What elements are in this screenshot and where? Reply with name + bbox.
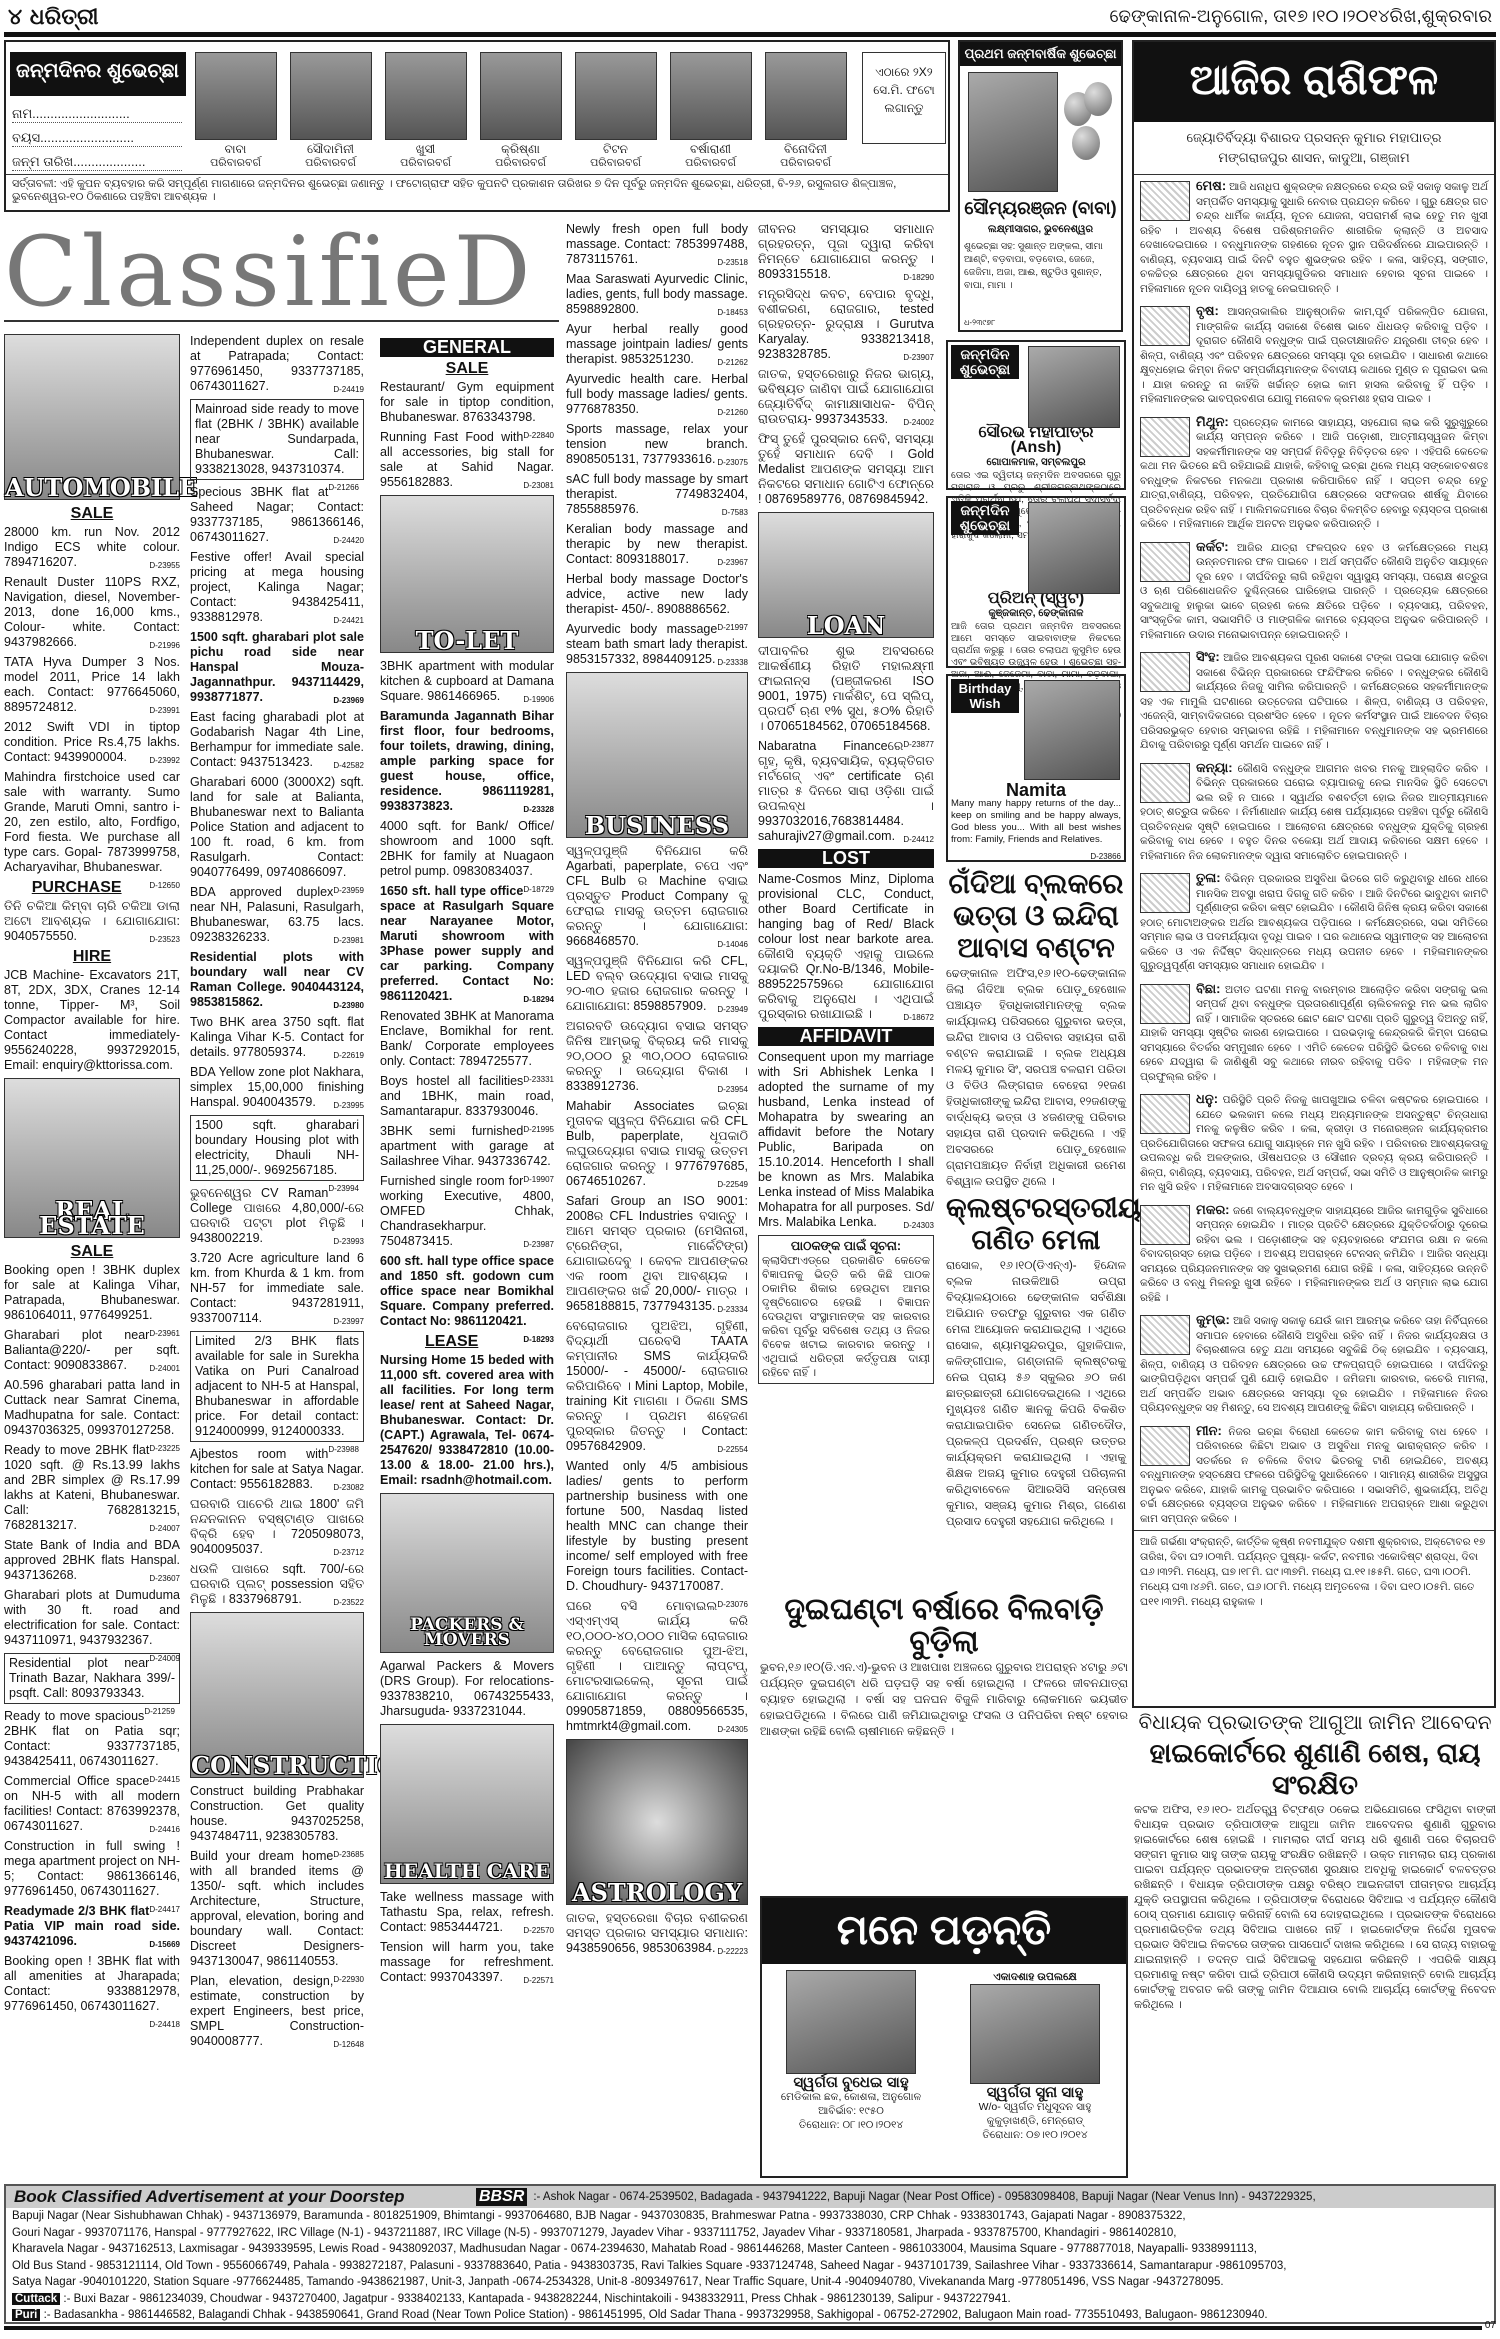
kid-card: ଟିଟନପରିବାରବର୍ଗ	[572, 52, 659, 170]
section-heading: SALE	[4, 506, 180, 521]
classified-ad: ଜାତକ, ହସ୍ତରେଖା ବିଚାର ବଶୀକରଣ ସମସ୍ତ ପ୍ରକାର…	[566, 1911, 748, 1956]
classified-ad: ଦୀପାବଳିର ଶୁଭ ଅବସରରେ ଆକର୍ଷଣୀୟ ରିହାତି ମହାଲ…	[758, 644, 934, 734]
classified-ad: Maa Saraswati Ayurvedic Clinic, ladies, …	[566, 272, 748, 317]
obituary-title: ମନେ ପଡ଼ନ୍ତି	[762, 1898, 1126, 1964]
libra-icon	[1140, 873, 1190, 913]
sign-kanya: କନ୍ୟା: କୌଣସି ବନ୍ଧୁଙ୍କ ଆଗମନ ଖବର ମନକୁ ଆହ୍ଲ…	[1134, 757, 1494, 868]
column-automobile-realestate: AUTOMOBILE SALE 28000 km. run Nov. 2012 …	[4, 334, 180, 2032]
sign-karkata: କର୍କଟ: ଆଜିର ଯାତ୍ରା ଫଳପ୍ରଦ ହେବ ଓ କର୍ମକ୍ଷେ…	[1134, 536, 1494, 647]
classified-ad: A0.596 gharabari patta land in Cuttack n…	[4, 1378, 180, 1438]
column-massage-business: Newly fresh open full body massage. Cont…	[566, 222, 748, 1961]
news-article: ଗଁଦିଆ ବ୍ଲକରେ ଭତ୍ତା ଓ ଇନ୍ଦିରା ଆବାସ ବଣ୍ଟନ …	[946, 868, 1126, 1530]
classified-ad: ସ୍ୱଳ୍ପପୁଞ୍ଜି ବିନିଯୋଗ କରି Agarbati, paper…	[566, 844, 748, 949]
obituary-left: ସ୍ୱର୍ଗତା ବୁଧେଇ ସାହୁ ମେଡିକାଲ ଛକ, କୋଶଳା, ଅ…	[766, 1970, 936, 2132]
aries-icon	[1140, 181, 1190, 221]
sign-bichha: ବିଛା: ଅତୀତ ଘଟଣା ମନକୁ ବାରମ୍ବାର ଆଲୋଡ଼ିତ କର…	[1134, 978, 1494, 1089]
kid-card: କ୍ରିଷ୍ଣାପରିବାରବର୍ଗ	[477, 52, 564, 170]
headline: କ୍ଲଷ୍ଟରସ୍ତରୀୟ ଗଣିତ ମେଳା	[946, 1192, 1126, 1256]
sign-vrusha: ବୃଷ: ଆସନ୍ତାକାଲିର ଆନୁଷ୍ଠାନିକ କାମ,ପୂର୍ବ ପର…	[1134, 300, 1494, 411]
classified-ad: Renovated 3BHK at Manorama Enclave, Bomi…	[380, 1009, 554, 1069]
agent-line: Kharavela Nagar - 9437162513, Laxmisagar…	[6, 2241, 1494, 2258]
kid-photo	[575, 52, 657, 140]
construction-image: CONSTRUCTION	[190, 1612, 364, 1778]
wishers: ଶୁଭେଚ୍ଛା ସହ: ସୁଶାନ୍ତ ଅଙ୍କଲ, ସୀମା ଆଣ୍ଟି, …	[964, 240, 1117, 292]
classified-ad: ଘରବାରି ପାଚେରି ଥାଇ 1800' ଜମି ନନ୍ଦନକାନନ ବସ…	[190, 1497, 364, 1557]
classified-ad: Tension will harm you, take massage for …	[380, 1940, 554, 1985]
classified-ad: State Bank of India and BDA approved 2BH…	[4, 1538, 180, 1583]
classified-ad: Name-Cosmos Minz, Diploma provisional CL…	[758, 872, 934, 1022]
classified-ad: ଅଗରବତି ଉଦ୍ୟୋଗ ବସାଇ ସମସ୍ତ ଜିନିଷ ଆମ୍ଭକୁ ବି…	[566, 1019, 748, 1094]
classified-ad: TATA Hyva Dumper 3 Nos. model 2011, Pric…	[4, 655, 180, 715]
column-realestate-construction: Independent duplex on resale at Patrapad…	[190, 334, 364, 2054]
capricorn-icon	[1140, 1205, 1190, 1245]
age-field: ବୟସ..........................	[12, 130, 182, 147]
kid-card: ବିନୋଦିନୀପରିବାରବର୍ଗ	[762, 52, 849, 170]
classified-ad: ଫିସ୍ ତୁହେଁ ପୁରସ୍କାର ନେବି, ସମସ୍ୟା ତୁହେଁ ସ…	[758, 432, 934, 507]
baby-photo	[968, 72, 1058, 192]
virgo-icon	[1140, 763, 1190, 803]
edition-date: ଢେଙ୍କାନାଳ-ଅନୁଗୋଳ, ତା୧୭।୧୦।୨୦୧୪ରିଖ,ଶୁକ୍ରବ…	[1110, 6, 1493, 27]
article-body: ଭୁବନ,୧୬।୧୦(ଡି.ଏନ.ଏ)-ଭୁବନ ଓ ଆଖପାଖ ଅଞ୍ଚଳରେ…	[760, 1660, 1128, 1740]
taurus-icon	[1140, 306, 1190, 346]
classified-ad: Ayurvedic health care. Herbal full body …	[566, 372, 748, 417]
birthday-wish-card: ଜନ୍ମଦିନ ଶୁଭେଚ୍ଛା ସୌରଭ ମହାପାତ୍ର (Ansh) ଗୋ…	[946, 340, 1126, 490]
sign-dhanu: ଧନୁ: ପରିସ୍ଥିତି ପ୍ରତି ନିଜକୁ ଖାପଖୁଆଇ ଚଳିବା…	[1134, 1088, 1494, 1199]
sign-tula: ତୁଳା: ବିଭିନ୍ନ ପ୍ରକାରର ଅସୁବିଧା ଭିତରେ ଗତି …	[1134, 867, 1494, 978]
child-photo	[1028, 502, 1120, 594]
sign-mesha: ମେଷ: ଆଜି ଧନାଧିପ ଶୁକ୍ରଙ୍କ ନକ୍ଷତ୍ରରେ ଚନ୍ଦ୍…	[1134, 175, 1494, 300]
real-estate-image: REAL ESTATE	[4, 1078, 180, 1238]
classified-ad: ଘରେ ବସି ମୋବାଇଲ ଏସ୍ଏମ୍ଏସ୍ କାର୍ଯ୍ୟ କରି ୧୦,…	[566, 1599, 748, 1734]
astrology-image: ASTROLOGY	[566, 1739, 748, 1905]
birthday-wish-card: Birthday Wish Namita Many many happy ret…	[946, 674, 1126, 862]
gemini-icon	[1140, 417, 1190, 457]
sign-makara: ମକର: ଜଣେ ବାଲ୍ୟବନ୍ଧୁଙ୍କ ସାହାଯ୍ୟରେ ଆଜିର କା…	[1134, 1199, 1494, 1310]
classified-ad: 3BHK apartment with modular kitchen & cu…	[380, 659, 554, 704]
classified-ad: BDA Yellow zone plot Nakhara, simplex 15…	[190, 1065, 364, 1110]
affidavit-banner: AFFIDAVIT	[758, 1027, 934, 1046]
classified-ad: Take wellness massage with Tathastu Spa,…	[380, 1890, 554, 1935]
classified-ad: 1650 sft. hall type office space at Rasu…	[380, 884, 554, 1004]
agent-line: Bapuji Nagar (Near Sishubhawan Chhak) - …	[6, 2208, 1494, 2225]
classified-ad: ମନ୍ତ୍ରସିଦ୍ଧ କବଚ, ବେପାର ବୃଦ୍ଧି, ବଶୀକରଣ, ର…	[758, 287, 934, 362]
packers-movers-image: PACKERS & MOVERS	[380, 1493, 554, 1653]
classified-ad: Consequent upon my marriage with Sri Abh…	[758, 1050, 934, 1230]
classified-ad: Nabaratna Financeରେ ଗୃହ, କୃଷି, ବ୍ୟବସାୟିକ…	[758, 739, 934, 844]
classified-ad: ସ୍ୱଳ୍ପପୁଞ୍ଜି ବିନିଯୋଗ କରି CFL, LED ବଲ୍ବ ଉ…	[566, 954, 748, 1014]
kid-photo	[670, 52, 752, 140]
booking-directory: Book Classified Advertisement at your Do…	[4, 2184, 1496, 2324]
sign-meena: ମୀନ: ନିଜର ଇଚ୍ଛା ବିରୋଧୀ କେତେକ କାମ କରିବାକୁ…	[1134, 1420, 1494, 1531]
lost-banner: LOST	[758, 849, 934, 868]
page-number: 07	[1485, 2320, 1496, 2331]
classified-ad: ଜାତକ, ହସ୍ତରେଖାରୁ ନିଜର ଭାଗ୍ୟ, ଭବିଷ୍ୟତ ଜାଣ…	[758, 367, 934, 427]
classified-ad: 3.720 Acre agriculture land 6 km. from K…	[190, 1251, 364, 1326]
agent-line: Gouri Nagar - 9937071176, Hanspal - 9777…	[6, 2225, 1494, 2242]
classified-ad: 600 sft. hall type office space and 1850…	[380, 1254, 554, 1329]
to-let-image: TO-LET	[380, 495, 554, 653]
page-label: ୪ ଧରିତ୍ରୀ	[8, 4, 99, 30]
classified-ad: Baramunda Jagannath Bihar first floor, f…	[380, 709, 554, 814]
column-loan-lost-affidavit: ଜୀବନର ସମସ୍ୟାର ସମାଧାନ ଗ୍ରହରତ୍ନ, ପୂଜା ଦ୍ୱା…	[758, 222, 934, 1384]
automobile-image: AUTOMOBILE	[4, 334, 180, 500]
kid-card: ସୌଦାମିନୀପରିବାରବର୍ଗ	[287, 52, 374, 170]
cancer-icon	[1140, 542, 1190, 582]
article-body: ଢେଙ୍କାନାଳ ଅଫିସ,୧୬।୧୦-ଢେଙ୍କାନାଳ ଜିଲା ଗଁଦି…	[946, 966, 1126, 1190]
cuttack-line: Cuttack :- Buxi Bazar - 9861234039, Chou…	[6, 2291, 1494, 2308]
pisces-icon	[1140, 1426, 1190, 1466]
horoscope-panel: ଆଜିର ରାଶିଫଳ ଜ୍ୟୋତିର୍ବିଦ୍ୟା ବିଶାରଦ ପ୍ରସନ୍…	[1132, 40, 1496, 1708]
general-banner: GENERAL	[380, 338, 554, 357]
sign-mithuna: ମିଥୁନ: ପ୍ରତ୍ୟେକ କାମରେ ସାହାଯ୍ୟ, ସହଯୋଗ ଲାଭ…	[1134, 411, 1494, 536]
classified-ad: ଜୀବନର ସମସ୍ୟାର ସମାଧାନ ଗ୍ରହରତ୍ନ, ପୂଜା ଦ୍ୱା…	[758, 222, 934, 282]
classified-ad: Sports massage, relax your tension new b…	[566, 422, 748, 467]
sagittarius-icon	[1140, 1094, 1190, 1134]
classified-ad: ବେରୋଜଗାର ପୁଅଝିଅ, ଗୃହିଣୀ, ବିଦ୍ୟାର୍ଥୀ ଘରେବ…	[566, 1319, 748, 1454]
bbsr-tag: BBSR	[476, 2188, 527, 2206]
puri-line: Puri :- Badasankha - 9861446582, Balagan…	[6, 2307, 1494, 2324]
kid-photo	[385, 52, 467, 140]
kid-photo	[290, 52, 372, 140]
column-general: GENERAL SALE Restaurant/ Gym equipment f…	[380, 334, 554, 1990]
column-wishes-news: ଜନ୍ମଦିନ ଶୁଭେଚ୍ଛା ସୌରଭ ମହାପାତ୍ର (Ansh) ଗୋ…	[946, 340, 1126, 1530]
coupon-title: ଜନ୍ମଦିନର ଶୁଭେଚ୍ଛା	[10, 52, 186, 96]
agent-line: Old Bus Stand - 9853121114, Old Town - 9…	[6, 2258, 1494, 2275]
classified-ad: Restaurant/ Gym equipment for sale in ti…	[380, 380, 554, 425]
classified-ad: Two BHK area 3750 sqft. flat Kalinga Vih…	[190, 1015, 364, 1060]
birthday-wish-card: ଜନ୍ମଦିନ ଶୁଭେଚ୍ଛା ପ୍ରିଅନ୍ (ସ୍ୱିଟ) କୁଞ୍ଜକା…	[946, 496, 1126, 668]
aquarius-icon	[1140, 1315, 1190, 1355]
baby-name: ସୌମ୍ୟରଞ୍ଜନ (ବାବା)	[964, 198, 1117, 219]
astrologer-credit: ଜ୍ୟୋତିର୍ବିଦ୍ୟା ବିଶାରଦ ପ୍ରସନ୍ନ କୁମାର ମହାପ…	[1134, 122, 1494, 175]
classified-ad: 4000 sqft. for Bank/ Office/ showroom an…	[380, 819, 554, 879]
headline: ଦୁଇଘଣ୍ଟା ବର୍ଷାରେ ବିଲବାଡ଼ି ବୁଡ଼ିଲା	[760, 1594, 1128, 1658]
article-body: କଟକ ଅଫିସ, ୧୬।୧୦- ଅର୍ଥତତ୍ତ୍ୱ ଚିଟ୍ଫଣ୍ଡ ଠକେ…	[1134, 1803, 1496, 2013]
agent-line: Satya Nagar -9040101220, Station Square …	[6, 2274, 1494, 2291]
kid-photo	[765, 52, 847, 140]
obituary-right: ଏକାଦଶାହ ଉପଲକ୍ଷେ ସ୍ୱର୍ଗତା ସୁନା ସାହୁ W/o- …	[950, 1970, 1120, 2142]
health-care-image: HEALTH CARE	[380, 1724, 554, 1884]
classified-ad: Festive offer! Avail special pricing at …	[190, 550, 364, 625]
person-photo	[1024, 680, 1120, 780]
headline: ଗଁଦିଆ ବ୍ଲକରେ ଭତ୍ତା ଓ ଇନ୍ଦିରା ଆବାସ ବଣ୍ଟନ	[946, 868, 1126, 964]
classified-ad: Nursing Home 15 beded with 11,000 sft. c…	[380, 1353, 554, 1488]
baby-place: ଲକ୍ଷ୍ମୀସାଗର, ଭୁବନେଶ୍ୱର	[964, 224, 1117, 235]
classified-ad: Mainroad side ready to move flat (2BHK /…	[190, 399, 364, 480]
scorpio-icon	[1140, 984, 1190, 1024]
classified-ad: 2012 Swift VDI in tiptop condition. Pric…	[4, 720, 180, 765]
booking-title: Book Classified Advertisement at your Do…	[6, 2187, 476, 2207]
panjika-note: ଆଜି ଗର୍ଭଣା ସଂକ୍ରାନ୍ତି, କାର୍ତ୍ତିକ କୃଷ୍ଣ ନ…	[1134, 1530, 1494, 1614]
classified-ad: Residential plots with boundary wall nea…	[190, 950, 364, 1010]
classified-ad: 1500 sqft. gharabari plot sale pichu roa…	[190, 630, 364, 705]
classified-ad: Agarwal Packers & Movers (DRS Group). Fo…	[380, 1659, 554, 1719]
kid-card: ବାବାପରିବାରବର୍ଗ	[192, 52, 279, 170]
classified-ad: Safari Group an ISO 9001: 2008ର CFL Indu…	[566, 1194, 748, 1314]
classified-ad: Build your dream home with all branded i…	[190, 1849, 364, 1969]
news-article-court: ବିଧାୟକ ପ୍ରଭାତଙ୍କ ଆଗୁଆ ଜାମିନ ଆବେଦନ ହାଇକୋର…	[1134, 1712, 1496, 2013]
masthead-rule	[4, 32, 1496, 37]
classified-ad: Construction in full swing ! mega apartm…	[4, 1839, 180, 1899]
photo-slot: ଏଠାରେ ୨X୨ ସେ.ମି. ଫଟୋ ଲଗାନ୍ତୁ	[862, 52, 946, 144]
reader-notice: ପାଠକଙ୍କ ପାଇଁ ସୂଚନା: କ୍ଲାସିଫାଏଡ୍ରେ ପ୍ରକାଶ…	[758, 1235, 934, 1384]
deceased-photo	[786, 1970, 916, 2074]
kids-photo-row: ବାବାପରିବାରବର୍ଗ ସୌଦାମିନୀପରିବାରବର୍ଗ ଖୁସୀପର…	[192, 52, 849, 170]
ad-code: ଧ-୨୩୯୭୮	[964, 318, 995, 328]
kid-photo	[195, 52, 277, 140]
classified-ad: JCB Machine- Excavators 21T, 8T, 2DX, 3D…	[4, 968, 180, 1073]
classified-ad: Newly fresh open full body massage. Cont…	[566, 222, 748, 267]
business-image: BUSINESS	[566, 672, 748, 838]
classified-ad: ତିନି ଚକିଆ କିମ୍ବା ଚାରି ଚକିଆ ଡାଲା ଅଟୋ ଆବଶ୍…	[4, 899, 180, 944]
classified-ad: Construct building Prabhakar Constructio…	[190, 1784, 364, 1844]
section-heading: SALE	[4, 1244, 180, 1259]
loan-image: LOAN	[758, 512, 934, 638]
child-photo	[1028, 346, 1120, 428]
section-heading: SALE	[380, 361, 554, 376]
section-heading: HIRE	[4, 949, 180, 964]
kid-photo	[480, 52, 562, 140]
classified-ad: Keralian body massage and therapic by ne…	[566, 522, 748, 567]
classified-logo: ClassifieD	[4, 222, 559, 322]
first-birthday-header: ପ୍ରଥମ ଜନ୍ମବାର୍ଷିକ ଶୁଭେଚ୍ଛା	[960, 42, 1121, 66]
booking-header: Book Classified Advertisement at your Do…	[6, 2186, 1494, 2208]
news-article-rain: ଦୁଇଘଣ୍ଟା ବର୍ଷାରେ ବିଲବାଡ଼ି ବୁଡ଼ିଲା ଭୁବନ,୧…	[760, 1592, 1128, 1740]
classified-ad: Gharabari plots at Dumuduma with 30 ft. …	[4, 1588, 180, 1648]
article-body: ରାସୋଳ, ୧୬।୧୦(ଡିଏନ୍ଏ)- ହିନ୍ଦୋଳ ବ୍ଲକ ନାଉକି…	[946, 1258, 1126, 1530]
classified-ad: ଧଉଳି ପାଖରେ sqft. 700/-ରେ ଘରବାରି ପ୍ଲଟ୍ po…	[190, 1562, 364, 1607]
classified-ad: Mahabir Associates ଇଚ୍ଛା ମୁତାବକ ସ୍ୱଳ୍ପ ବ…	[566, 1099, 748, 1189]
kid-card: ଖୁସୀପରିବାରବର୍ଗ	[382, 52, 469, 170]
footer-rule	[4, 2326, 1482, 2330]
horoscope-title: ଆଜିର ରାଶିଫଳ	[1134, 42, 1494, 122]
sign-kumbha: କୁମ୍ଭ: ଆଜି ସକାଳୁ ସକାଳୁ ଯେଉଁ କାମ ଆରମ୍ଭ କର…	[1134, 1309, 1494, 1420]
headline: ହାଇକୋର୍ଟରେ ଶୁଣାଣି ଶେଷ, ରାୟ ସଂରକ୍ଷିତ	[1134, 1737, 1496, 1801]
classified-ad: Renault Duster 110PS RXZ, Navigation, di…	[4, 575, 180, 650]
classified-ad: 1500 sqft. gharabari boundary Housing pl…	[190, 1115, 364, 1181]
classified-ad: Wanted only 4/5 ambisious ladies/ gents …	[566, 1459, 748, 1594]
classified-ad: Booking open ! 3BHK duplex for sale at K…	[4, 1263, 180, 1323]
classified-ad: Gharabari 6000 (3000X2) sqft. land for s…	[190, 775, 364, 880]
deceased-photo	[970, 1984, 1100, 2084]
classified-ad: Herbal body massage Doctor's advice, act…	[566, 572, 748, 617]
classified-ad: East facing gharabadi plot at Godabarish…	[190, 710, 364, 770]
classified-ad: sAC full body massage by smart therapist…	[566, 472, 748, 517]
classified-ad: Ayur herbal really good massage jointpai…	[566, 322, 748, 367]
coupon-terms: ସର୍ତ୍ତାବଳୀ: ଏହି କୁପନ ବ୍ୟବହାର କରି ସମ୍ପୂର୍…	[6, 174, 948, 210]
dob-field: ଜନ୍ମ ତାରିଖ....................	[12, 154, 182, 171]
leo-icon	[1140, 652, 1190, 692]
kicker: ବିଧାୟକ ପ୍ରଭାତଙ୍କ ଆଗୁଆ ଜାମିନ ଆବେଦନ	[1134, 1712, 1496, 1735]
classified-ad: 28000 km. run Nov. 2012 Indigo ECS white…	[4, 525, 180, 570]
kid-card: ବର୍ଷାରାଣୀପରିବାରବର୍ଗ	[667, 52, 754, 170]
birthday-coupon: ଜନ୍ମଦିନର ଶୁଭେଚ୍ଛା ନାମ...................…	[4, 40, 950, 212]
classified-ad: Limited 2/3 BHK flats available for sale…	[190, 1331, 364, 1442]
masthead: ୪ ଧରିତ୍ରୀ ଢେଙ୍କାନାଳ-ଅନୁଗୋଳ, ତା୧୭।୧୦।୨୦୧୪…	[8, 4, 1492, 32]
obituary-box: ମନେ ପଡ଼ନ୍ତି ସ୍ୱର୍ଗତା ବୁଧେଇ ସାହୁ ମେଡିକାଲ …	[760, 1896, 1128, 2178]
sign-simha: ସିଂହ: ଆଜିର ଆବଶ୍ୟକତା ପୂରଣ ସକାଶେ ଟଙ୍କା ପଇସ…	[1134, 646, 1494, 757]
balloon-icon	[1084, 82, 1112, 116]
classified-ad: Ready to move 2BHK flat 1020 sqft. @ Rs.…	[4, 1443, 180, 1533]
first-birthday-wish: ପ୍ରଥମ ଜନ୍ମବାର୍ଷିକ ଶୁଭେଚ୍ଛା ସୌମ୍ୟରଞ୍ଜନ (ବ…	[958, 40, 1123, 332]
balloon-icon	[1072, 126, 1100, 160]
classified-ad: Booking open ! 3BHK flat with all amenit…	[4, 1954, 180, 2014]
classified-ad: Mahindra firstchoice used car sale with …	[4, 770, 180, 875]
classified-ad: Independent duplex on resale at Patrapad…	[190, 334, 364, 394]
name-field: ନାମ...........................	[12, 106, 182, 123]
